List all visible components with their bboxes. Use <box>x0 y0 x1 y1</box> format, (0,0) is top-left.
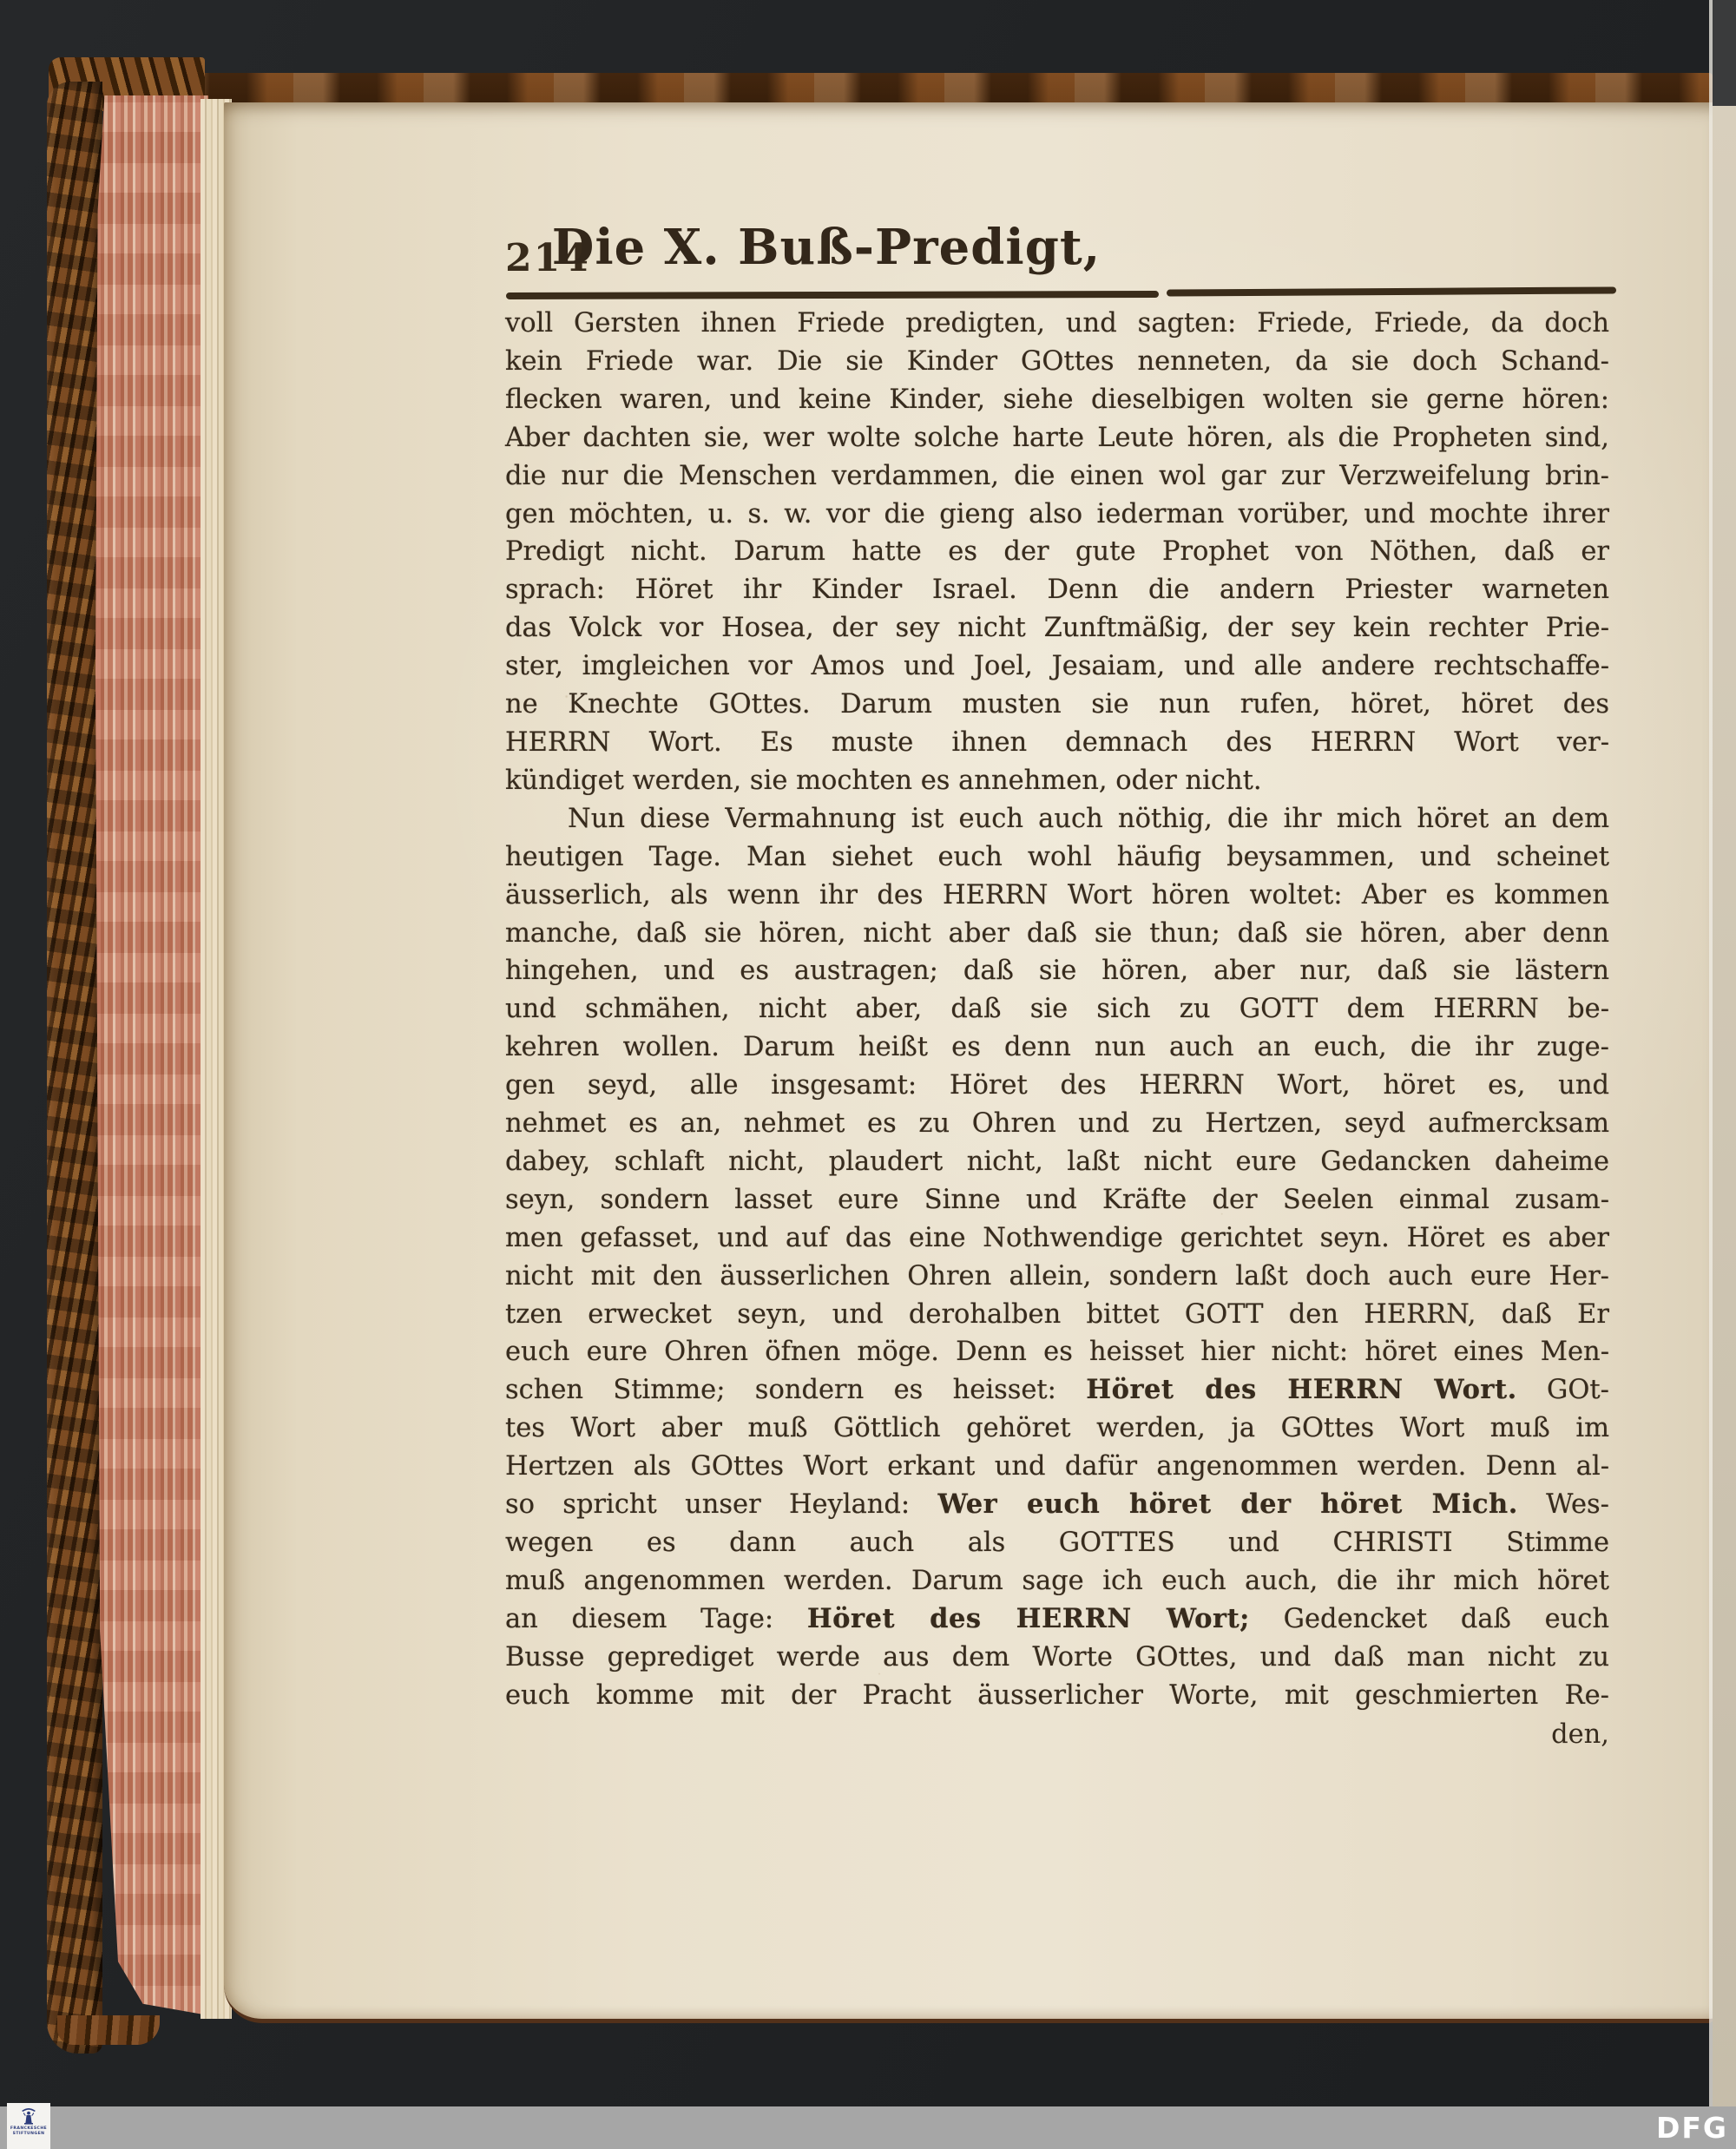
book-page-fore-edge <box>95 95 208 2015</box>
text-line: sprach: Höret ihr Kinder Israel. Denn di… <box>505 571 1609 609</box>
text-line: das Volck vor Hosea, der sey nicht Zunft… <box>505 609 1609 647</box>
text-line: und schmähen, nicht aber, daß sie sich z… <box>505 990 1609 1028</box>
text-line: Predigt nicht. Darum hatte es der gute P… <box>505 533 1609 571</box>
text-line: tes Wort aber muß Göttlich gehöret werde… <box>505 1410 1609 1448</box>
book-scan-viewer: 214 Die X. Buß-Predigt, voll Gersten ihn… <box>0 0 1736 2149</box>
text-line: Nun diese Vermahnung ist euch auch nöthi… <box>505 800 1609 838</box>
catchword: den, <box>505 1719 1609 1750</box>
text-line: gen seyd, alle insgesamt: Höret des HERR… <box>505 1067 1609 1105</box>
text-line: nicht mit den äusserlichen Ohren allein,… <box>505 1258 1609 1296</box>
text-line: muß angenommen werden. Darum sage ich eu… <box>505 1562 1609 1600</box>
text-line: voll Gersten ihnen Friede predigten, und… <box>505 305 1609 343</box>
page-title: Die X. Buß-Predigt, <box>552 219 1101 276</box>
text-line: HERRN Wort. Es muste ihnen demnach des H… <box>505 724 1609 762</box>
text-line: äusserlich, als wenn ihr des HERRN Wort … <box>505 877 1609 915</box>
text-line: dabey, schlaft nicht, plaudert nicht, la… <box>505 1143 1609 1181</box>
text-line: men gefasset, und auf das eine Nothwendi… <box>505 1219 1609 1258</box>
viewer-bottom-bar: DFG <box>0 2106 1736 2149</box>
text-line: heutigen Tage. Man siehet euch wohl häuf… <box>505 838 1609 877</box>
text-line: Hertzen als GOttes Wort erkant und dafür… <box>505 1448 1609 1486</box>
text-line: die nur die Menschen verdammen, die eine… <box>505 457 1609 496</box>
text-line: gen möchten, u. s. w. vor die gieng also… <box>505 496 1609 534</box>
text-line: kehren wollen. Darum heißt es denn nun a… <box>505 1028 1609 1067</box>
dfg-logo: DFG <box>1656 2111 1728 2145</box>
text-line: tzen erwecket seyn, und derohalben bitte… <box>505 1296 1609 1334</box>
library-stamp: FRANCKESCHE STIFTUNGEN <box>7 2103 50 2149</box>
text-line: manche, daß sie hören, nicht aber daß si… <box>505 915 1609 953</box>
text-line: kündiget werden, sie mochten es annehmen… <box>505 762 1609 800</box>
text-line: so spricht unser Heyland: Wer euch höret… <box>505 1486 1609 1524</box>
text-line: flecken waren, und keine Kinder, siehe d… <box>505 381 1609 419</box>
text-line: Busse geprediget werde aus dem Worte GOt… <box>505 1639 1609 1677</box>
library-stamp-line2: STIFTUNGEN <box>10 2132 47 2137</box>
text-line: hingehen, und es austragen; daß sie höre… <box>505 952 1609 990</box>
library-stamp-text: FRANCKESCHE STIFTUNGEN <box>10 2126 47 2137</box>
adjacent-page-sliver <box>1713 106 1736 2107</box>
text-line: wegen es dann auch als GOTTES und CHRIST… <box>505 1524 1609 1562</box>
text-line: ne Knechte GOttes. Darum musten sie nun … <box>505 686 1609 724</box>
scan-edge-dark <box>1713 0 1736 106</box>
text-line: ster, imgleichen vor Amos und Joel, Jesa… <box>505 647 1609 686</box>
franckesche-stiftungen-logo-icon <box>19 2106 38 2125</box>
text-line: Aber dachten sie, wer wolte solche harte… <box>505 419 1609 457</box>
book-spine-foot <box>57 2015 160 2045</box>
text-line: nehmet es an, nehmet es zu Ohren und zu … <box>505 1105 1609 1143</box>
text-line: kein Friede war. Die sie Kinder GOttes n… <box>505 343 1609 381</box>
text-line: euch komme mit der Pracht äusserlicher W… <box>505 1677 1609 1715</box>
body-text: voll Gersten ihnen Friede predigten, und… <box>505 305 1609 1715</box>
text-line: seyn, sondern lasset eure Sinne und Kräf… <box>505 1181 1609 1219</box>
text-line: an diesem Tage: Höret des HERRN Wort; Ge… <box>505 1600 1609 1639</box>
book-spine <box>47 82 102 2054</box>
text-line: schen Stimme; sondern es heisset: Höret … <box>505 1371 1609 1410</box>
text-line: euch eure Ohren öfnen möge. Denn es heis… <box>505 1333 1609 1371</box>
